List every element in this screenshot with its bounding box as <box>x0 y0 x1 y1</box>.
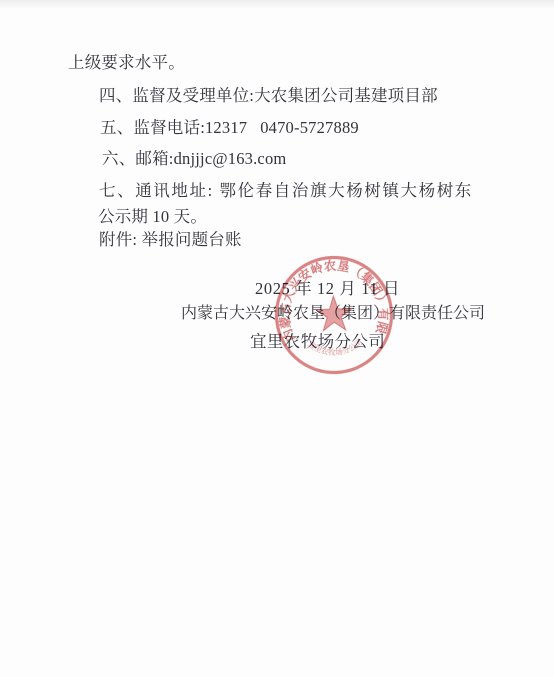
scan-edge-shading <box>0 0 554 9</box>
body-line-5-mailing-address: 七、通讯地址: 鄂伦春自治旗大杨树镇大杨树东 <box>99 182 473 201</box>
body-line-7-attachment: 附件: 举报问题台账 <box>99 231 242 250</box>
body-line-6-publicity-period: 公示期 10 天。 <box>98 208 207 227</box>
body-line-3-supervision-phone: 五、监督电话:12317 0470-5727889 <box>100 119 359 138</box>
body-line-2-supervising-unit: 四、监督及受理单位:大农集团公司基建项目部 <box>99 87 438 106</box>
svg-text:宜里农牧场分公司: 宜里农牧场分公司 <box>306 337 365 358</box>
body-line-1: 上级要求水平。 <box>68 54 185 73</box>
seal-inner-text: 宜里农牧场分公司 <box>306 337 365 358</box>
official-red-seal: 内蒙古大兴安岭农垦（集团）有限责任公司 宜里农牧场分公司 <box>269 250 399 380</box>
seal-star-icon <box>315 295 352 331</box>
body-line-4-email: 六、邮箱:dnjjjc@163.com <box>102 150 286 169</box>
document-page: 上级要求水平。 四、监督及受理单位:大农集团公司基建项目部 五、监督电话:123… <box>0 0 554 677</box>
